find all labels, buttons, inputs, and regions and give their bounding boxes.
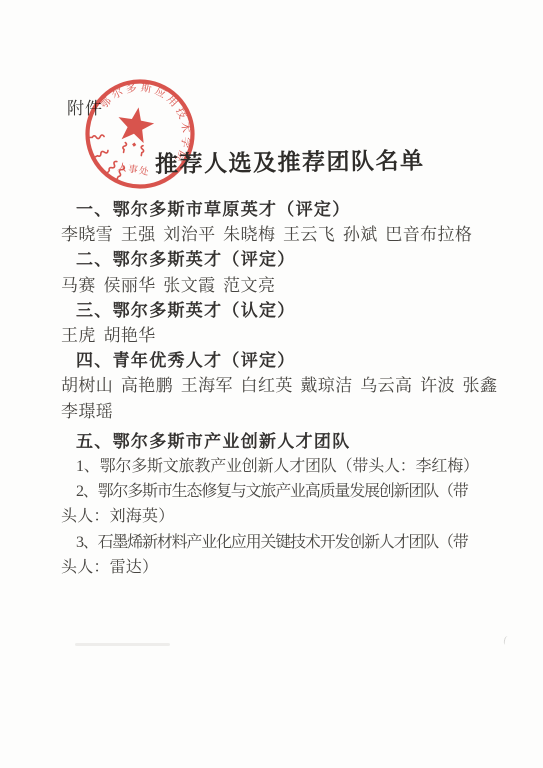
section-5-heading: 五、鄂尔多斯市产业创新人才团队	[61, 429, 499, 454]
team-item-3-line-2: 头人：雷达）	[61, 555, 499, 580]
document-body: 一、鄂尔多斯市草原英才（评定） 李晓雪 王强 刘治平 朱晓梅 王云飞 孙斌 巴音…	[61, 197, 499, 580]
section-1-names: 李晓雪 王强 刘治平 朱晓梅 王云飞 孙斌 巴音布拉格	[61, 222, 499, 247]
scan-artifact	[503, 636, 510, 646]
seal-department-text: 人事处	[116, 161, 151, 179]
team-item-2-line-2: 头人：刘海英）	[61, 504, 499, 529]
section-3-names: 王虎 胡艳华	[61, 323, 499, 348]
document-title: 推荐人选及推荐团队名单	[155, 142, 425, 179]
scan-artifact	[75, 643, 170, 646]
section-2-heading: 二、鄂尔多斯英才（评定）	[61, 247, 499, 272]
section-2-names: 马赛 侯丽华 张文霞 范文亮	[61, 273, 499, 298]
seal-star-icon	[115, 104, 157, 144]
team-item-1: 1、鄂尔多斯文旅教产业创新人才团队（带头人：李红梅）	[61, 454, 499, 479]
section-4-names-line-2: 李璟瑶	[61, 399, 499, 424]
section-3-heading: 三、鄂尔多斯英才（认定）	[61, 298, 499, 323]
team-item-3-line-1: 3、石墨烯新材料产业化应用关键技术开发创新人才团队（带	[61, 530, 499, 555]
document-page: 附件 鄂尔多斯应用技术学院 人事处 推荐人选及推荐团队名单 一、鄂尔多斯市草原	[0, 0, 543, 768]
section-1-heading: 一、鄂尔多斯市草原英才（评定）	[61, 197, 499, 222]
team-item-2-line-1: 2、鄂尔多斯市生态修复与文旅产业高质量发展创新团队（带	[61, 479, 499, 504]
section-4-names-line-1: 胡树山 高艳鹏 王海军 白红英 戴琼洁 乌云高 许波 张鑫	[61, 373, 499, 398]
section-4-heading: 四、青年优秀人才（评定）	[61, 348, 499, 373]
